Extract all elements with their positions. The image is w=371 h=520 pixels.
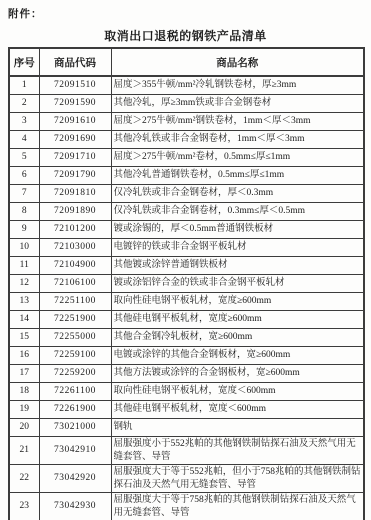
table-row: 1372251100取向性硅电钢平板轧材，宽度≥600mm <box>9 293 364 311</box>
product-code-cell: 73042910 <box>39 437 111 465</box>
table-row: 2373042930屈服强度大于等于758兆帕的其他钢铁制钻探石油及天然气用无缝… <box>9 493 364 520</box>
product-name-cell: 其他冷轧普通钢铁卷材，0.5mm≤厚≤1mm <box>111 167 364 185</box>
table-row: 372091610屈度＞275牛顿/mm²钢铁卷材，1mm＜厚＜3mm <box>9 113 364 131</box>
table-row: 1472251900其他硅电钢平板轧材，宽度≥600mm <box>9 311 364 329</box>
product-code-cell: 72091690 <box>39 131 111 149</box>
product-code-cell: 73021000 <box>39 419 111 437</box>
product-code-cell: 72091810 <box>39 185 111 203</box>
row-index-cell: 4 <box>9 131 39 149</box>
product-name-cell: 屈服强度小于552兆帕的其他钢铁制钻探石油及天然气用无缝套管、导管 <box>111 437 364 465</box>
products-table: 序号 商品代码 商品名称 172091510屈度＞355牛顿/mm²冷轧钢铁卷材… <box>8 47 365 520</box>
product-name-cell: 其他冷轧，厚≥3mm铁或非合金钢卷材 <box>111 95 364 113</box>
table-row: 572091710屈度＞275牛顿/mm²卷材，0.5mm≤厚≤1mm <box>9 149 364 167</box>
product-code-cell: 72091510 <box>39 76 111 95</box>
row-index-cell: 7 <box>9 185 39 203</box>
row-index-cell: 11 <box>9 257 39 275</box>
product-name-cell: 其他硅电钢平板轧材，宽度≥600mm <box>111 311 364 329</box>
table-row: 672091790其他冷轧普通钢铁卷材，0.5mm≤厚≤1mm <box>9 167 364 185</box>
product-name-cell: 其他冷轧铁或非合金钢卷材，1mm＜厚＜3mm <box>111 131 364 149</box>
table-row: 172091510屈度＞355牛顿/mm²冷轧钢铁卷材，厚≥3mm <box>9 76 364 95</box>
product-name-cell: 取向性硅电钢平板轧材，宽度≥600mm <box>111 293 364 311</box>
document-page: 附件： 取消出口退税的钢铁产品清单 序号 商品代码 商品名称 172091510… <box>0 0 371 520</box>
col-header-product-code: 商品代码 <box>39 48 111 76</box>
product-code-cell: 72091710 <box>39 149 111 167</box>
row-index-cell: 19 <box>9 401 39 419</box>
table-row: 2273042920屈服强度大于等于552兆帕，但小于758兆帕的其他钢铁制钻探… <box>9 465 364 493</box>
row-index-cell: 5 <box>9 149 39 167</box>
table-row: 1672259100电镀或涂锌的其他合金钢板材，宽≥600mm <box>9 347 364 365</box>
row-index-cell: 15 <box>9 329 39 347</box>
product-name-cell: 其他方法镀或涂锌的合金钢板材，宽≥600mm <box>111 365 364 383</box>
row-index-cell: 22 <box>9 465 39 493</box>
row-index-cell: 6 <box>9 167 39 185</box>
product-code-cell: 72091790 <box>39 167 111 185</box>
product-name-cell: 镀或涂锡的，厚＜0.5mm普通钢铁板材 <box>111 221 364 239</box>
row-index-cell: 16 <box>9 347 39 365</box>
product-code-cell: 72104900 <box>39 257 111 275</box>
product-code-cell: 72251100 <box>39 293 111 311</box>
product-name-cell: 屈度＞355牛顿/mm²冷轧钢铁卷材，厚≥3mm <box>111 76 364 95</box>
product-name-cell: 仅冷轧铁或非合金钢卷材，厚＜0.3mm <box>111 185 364 203</box>
product-name-cell: 其他镀或涂锌普通钢铁板材 <box>111 257 364 275</box>
col-header-index: 序号 <box>9 48 39 76</box>
attachment-label: 附件： <box>8 6 43 21</box>
row-index-cell: 1 <box>9 76 39 95</box>
table-row: 1272106100镀或涂铝锌合金的铁或非合金钢平板轧材 <box>9 275 364 293</box>
product-code-cell: 72259100 <box>39 347 111 365</box>
table-body: 172091510屈度＞355牛顿/mm²冷轧钢铁卷材，厚≥3mm2720915… <box>9 76 364 520</box>
product-name-cell: 镀或涂铝锌合金的铁或非合金钢平板轧材 <box>111 275 364 293</box>
product-code-cell: 72259200 <box>39 365 111 383</box>
table-row: 1872261100取向性硅电钢平板轧材，宽度＜600mm <box>9 383 364 401</box>
table-row: 2073021000钢轨 <box>9 419 364 437</box>
table-row: 772091810仅冷轧铁或非合金钢卷材，厚＜0.3mm <box>9 185 364 203</box>
product-name-cell: 屈服强度大于等于758兆帕的其他钢铁制钻探石油及天然气用无缝套管、导管 <box>111 493 364 520</box>
product-name-cell: 其他合金钢冷轧板材，宽≥600mm <box>111 329 364 347</box>
table-row: 872091890仅冷轧铁或非合金钢卷材，0.3mm≤厚＜0.5mm <box>9 203 364 221</box>
table-row: 1572255000其他合金钢冷轧板材，宽≥600mm <box>9 329 364 347</box>
product-code-cell: 73042930 <box>39 493 111 520</box>
table-row: 272091590其他冷轧，厚≥3mm铁或非合金钢卷材 <box>9 95 364 113</box>
table-row: 1172104900其他镀或涂锌普通钢铁板材 <box>9 257 364 275</box>
product-code-cell: 73042920 <box>39 465 111 493</box>
table-row: 1972261900其他硅电钢平板轧材，宽度＜600mm <box>9 401 364 419</box>
product-code-cell: 72251900 <box>39 311 111 329</box>
row-index-cell: 21 <box>9 437 39 465</box>
table-row: 1072103000电镀锌的铁或非合金钢平板轧材 <box>9 239 364 257</box>
product-code-cell: 72091590 <box>39 95 111 113</box>
product-name-cell: 钢轨 <box>111 419 364 437</box>
table-row: 972101200镀或涂锡的，厚＜0.5mm普通钢铁板材 <box>9 221 364 239</box>
product-name-cell: 屈服强度大于等于552兆帕，但小于758兆帕的其他钢铁制钻探石油及天然气用无缝套… <box>111 465 364 493</box>
product-code-cell: 72261900 <box>39 401 111 419</box>
product-code-cell: 72103000 <box>39 239 111 257</box>
product-name-cell: 其他硅电钢平板轧材，宽度＜600mm <box>111 401 364 419</box>
table-row: 2173042910屈服强度小于552兆帕的其他钢铁制钻探石油及天然气用无缝套管… <box>9 437 364 465</box>
row-index-cell: 9 <box>9 221 39 239</box>
product-code-cell: 72091890 <box>39 203 111 221</box>
product-name-cell: 屈度＞275牛顿/mm²卷材，0.5mm≤厚≤1mm <box>111 149 364 167</box>
product-code-cell: 72091610 <box>39 113 111 131</box>
row-index-cell: 17 <box>9 365 39 383</box>
header-row: 序号 商品代码 商品名称 <box>9 48 364 76</box>
table-header: 序号 商品代码 商品名称 <box>9 48 364 76</box>
page-title: 取消出口退税的钢铁产品清单 <box>0 27 371 44</box>
row-index-cell: 2 <box>9 95 39 113</box>
row-index-cell: 18 <box>9 383 39 401</box>
product-name-cell: 仅冷轧铁或非合金钢卷材，0.3mm≤厚＜0.5mm <box>111 203 364 221</box>
product-code-cell: 72261100 <box>39 383 111 401</box>
product-code-cell: 72101200 <box>39 221 111 239</box>
table-row: 1772259200其他方法镀或涂锌的合金钢板材，宽≥600mm <box>9 365 364 383</box>
col-header-product-name: 商品名称 <box>111 48 364 76</box>
row-index-cell: 23 <box>9 493 39 520</box>
product-name-cell: 屈度＞275牛顿/mm²钢铁卷材，1mm＜厚＜3mm <box>111 113 364 131</box>
row-index-cell: 10 <box>9 239 39 257</box>
row-index-cell: 12 <box>9 275 39 293</box>
product-code-cell: 72255000 <box>39 329 111 347</box>
row-index-cell: 8 <box>9 203 39 221</box>
row-index-cell: 14 <box>9 311 39 329</box>
product-name-cell: 取向性硅电钢平板轧材，宽度＜600mm <box>111 383 364 401</box>
product-code-cell: 72106100 <box>39 275 111 293</box>
product-name-cell: 电镀或涂锌的其他合金钢板材，宽≥600mm <box>111 347 364 365</box>
row-index-cell: 13 <box>9 293 39 311</box>
row-index-cell: 3 <box>9 113 39 131</box>
product-name-cell: 电镀锌的铁或非合金钢平板轧材 <box>111 239 364 257</box>
row-index-cell: 20 <box>9 419 39 437</box>
table-row: 472091690其他冷轧铁或非合金钢卷材，1mm＜厚＜3mm <box>9 131 364 149</box>
